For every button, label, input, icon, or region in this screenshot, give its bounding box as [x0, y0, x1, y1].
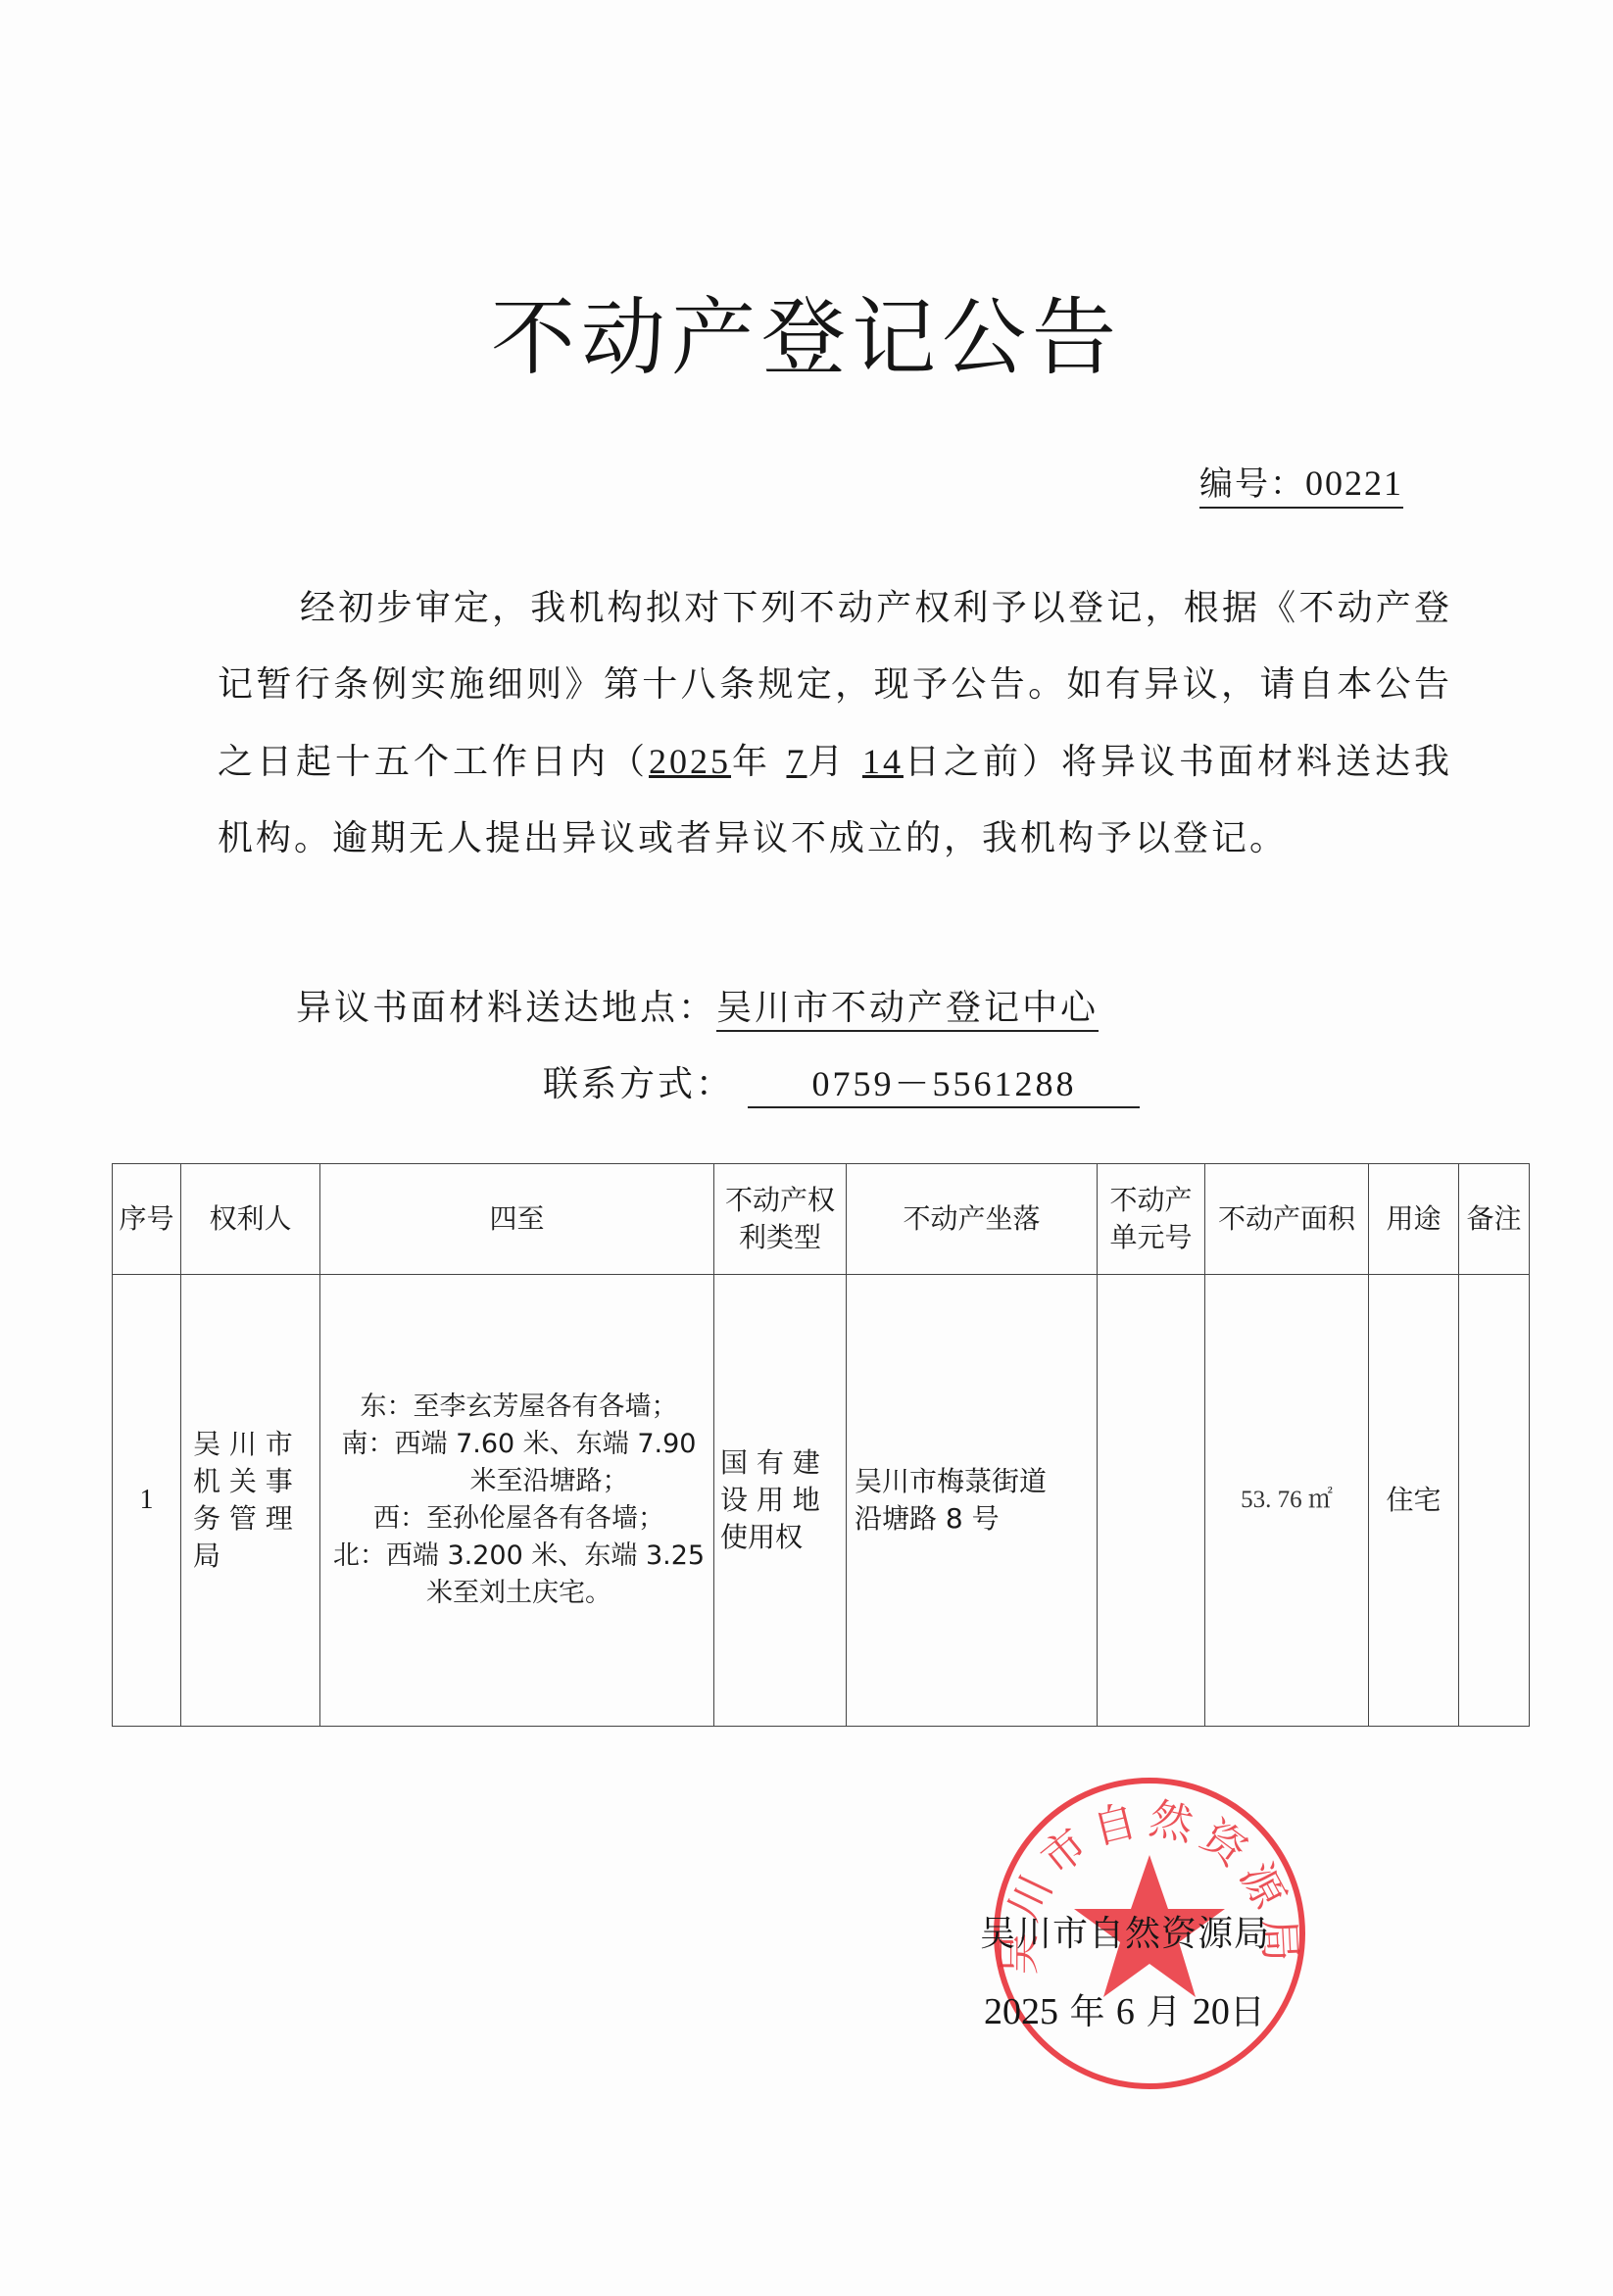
- notice-body: 经初步审定，我机构拟对下列不动产权利予以登记，根据《不动产登记暂行条例实施细则》…: [218, 570, 1452, 877]
- cell-right-holder: 吴 川 市 机 关 事 务 管 理 局: [181, 1275, 320, 1727]
- header-index: 序号: [113, 1164, 181, 1275]
- header-remarks: 备注: [1459, 1164, 1530, 1275]
- right-holder-line: 吴 川 市: [193, 1426, 314, 1463]
- issuer-name: 吴川市自然资源局: [980, 1906, 1270, 1956]
- table-header-row: 序号 权利人 四至 不动产权利类型 不动产坐落 不动产单元号 不动产面积 用途 …: [113, 1164, 1530, 1275]
- cell-location: 吴川市梅菉街道 沿塘路 8 号: [847, 1275, 1098, 1727]
- registration-table: 序号 权利人 四至 不动产权利类型 不动产坐落 不动产单元号 不动产面积 用途 …: [112, 1163, 1530, 1727]
- right-type-line: 国 有 建: [720, 1444, 840, 1482]
- table-row: 1 吴 川 市 机 关 事 务 管 理 局 东：至李玄芳屋各有各墙； 南：西端 …: [113, 1275, 1530, 1727]
- objection-address-label: 异议书面材料送达地点：: [296, 988, 716, 1028]
- issue-date-month: 6: [1116, 1991, 1135, 2032]
- boundary-west: 西：至孙伦屋各有各墙；: [330, 1500, 708, 1538]
- boundary-south-cont: 米至沿塘路；: [330, 1463, 708, 1500]
- issue-date-year-unit: 年: [1069, 1992, 1104, 2032]
- issue-date-day: 20: [1193, 1991, 1230, 2032]
- header-usage: 用途: [1369, 1164, 1459, 1275]
- right-holder-line: 局: [193, 1538, 314, 1575]
- issue-date: 2025 年 6 月 20日: [984, 1984, 1265, 2034]
- boundary-south: 南：西端 7.60 米、东端 7.90: [330, 1426, 708, 1463]
- issue-date-day-unit: 日: [1230, 1992, 1265, 2032]
- location-line: 吴川市梅菉街道: [855, 1463, 1091, 1500]
- cell-right-type: 国 有 建 设 用 地 使用权: [714, 1275, 847, 1727]
- objection-address-line: 异议书面材料送达地点：吴川市不动产登记中心: [296, 980, 1099, 1030]
- contact-line: 联系方式： 0759－5561288: [543, 1056, 1140, 1108]
- deadline-year: 2025: [649, 742, 731, 781]
- cell-index: 1: [113, 1275, 181, 1727]
- year-unit: 年: [731, 742, 771, 782]
- header-unit-number: 不动产单元号: [1098, 1164, 1205, 1275]
- serial-number: 编号：00221: [1199, 457, 1403, 509]
- header-right-type-line1: 不动产权: [720, 1182, 840, 1219]
- right-holder-line: 机 关 事: [193, 1463, 314, 1500]
- serial-label: 编号：: [1199, 464, 1305, 504]
- cell-area: 53. 76 ㎡: [1205, 1275, 1369, 1727]
- header-area: 不动产面积: [1205, 1164, 1369, 1275]
- notice-paragraph: 经初步审定，我机构拟对下列不动产权利予以登记，根据《不动产登记暂行条例实施细则》…: [218, 570, 1452, 877]
- header-right-holder: 权利人: [181, 1164, 320, 1275]
- serial-value: 00221: [1305, 464, 1403, 503]
- contact-phone: 0759－5561288: [748, 1056, 1140, 1108]
- objection-address-value: 吴川市不动产登记中心: [716, 988, 1099, 1032]
- header-right-type-line2: 利类型: [720, 1219, 840, 1256]
- issue-date-year: 2025: [984, 1991, 1058, 2032]
- header-boundaries: 四至: [320, 1164, 714, 1275]
- header-right-type: 不动产权利类型: [714, 1164, 847, 1275]
- location-line: 沿塘路 8 号: [855, 1500, 1091, 1538]
- cell-usage: 住宅: [1369, 1275, 1459, 1727]
- issue-date-month-unit: 月: [1146, 1992, 1181, 2032]
- contact-label: 联系方式：: [543, 1064, 734, 1104]
- month-unit: 月: [806, 742, 847, 782]
- deadline-month: 7: [786, 742, 806, 781]
- right-holder-line: 务 管 理: [193, 1500, 314, 1538]
- header-location: 不动产坐落: [847, 1164, 1098, 1275]
- cell-boundaries: 东：至李玄芳屋各有各墙； 南：西端 7.60 米、东端 7.90 米至沿塘路； …: [320, 1275, 714, 1727]
- page-title: 不动产登记公告: [0, 269, 1613, 391]
- header-unit-number-line1: 不动产: [1103, 1182, 1198, 1219]
- header-unit-number-line2: 单元号: [1103, 1219, 1198, 1256]
- boundary-north: 北：西端 3.200 米、东端 3.25: [330, 1538, 708, 1575]
- right-type-line: 使用权: [720, 1519, 840, 1556]
- cell-remarks: [1459, 1275, 1530, 1727]
- cell-unit-number: [1098, 1275, 1205, 1727]
- boundary-north-cont: 米至刘土庆宅。: [330, 1575, 708, 1612]
- deadline-day: 14: [862, 742, 904, 781]
- boundary-east: 东：至李玄芳屋各有各墙；: [330, 1389, 708, 1426]
- right-type-line: 设 用 地: [720, 1482, 840, 1519]
